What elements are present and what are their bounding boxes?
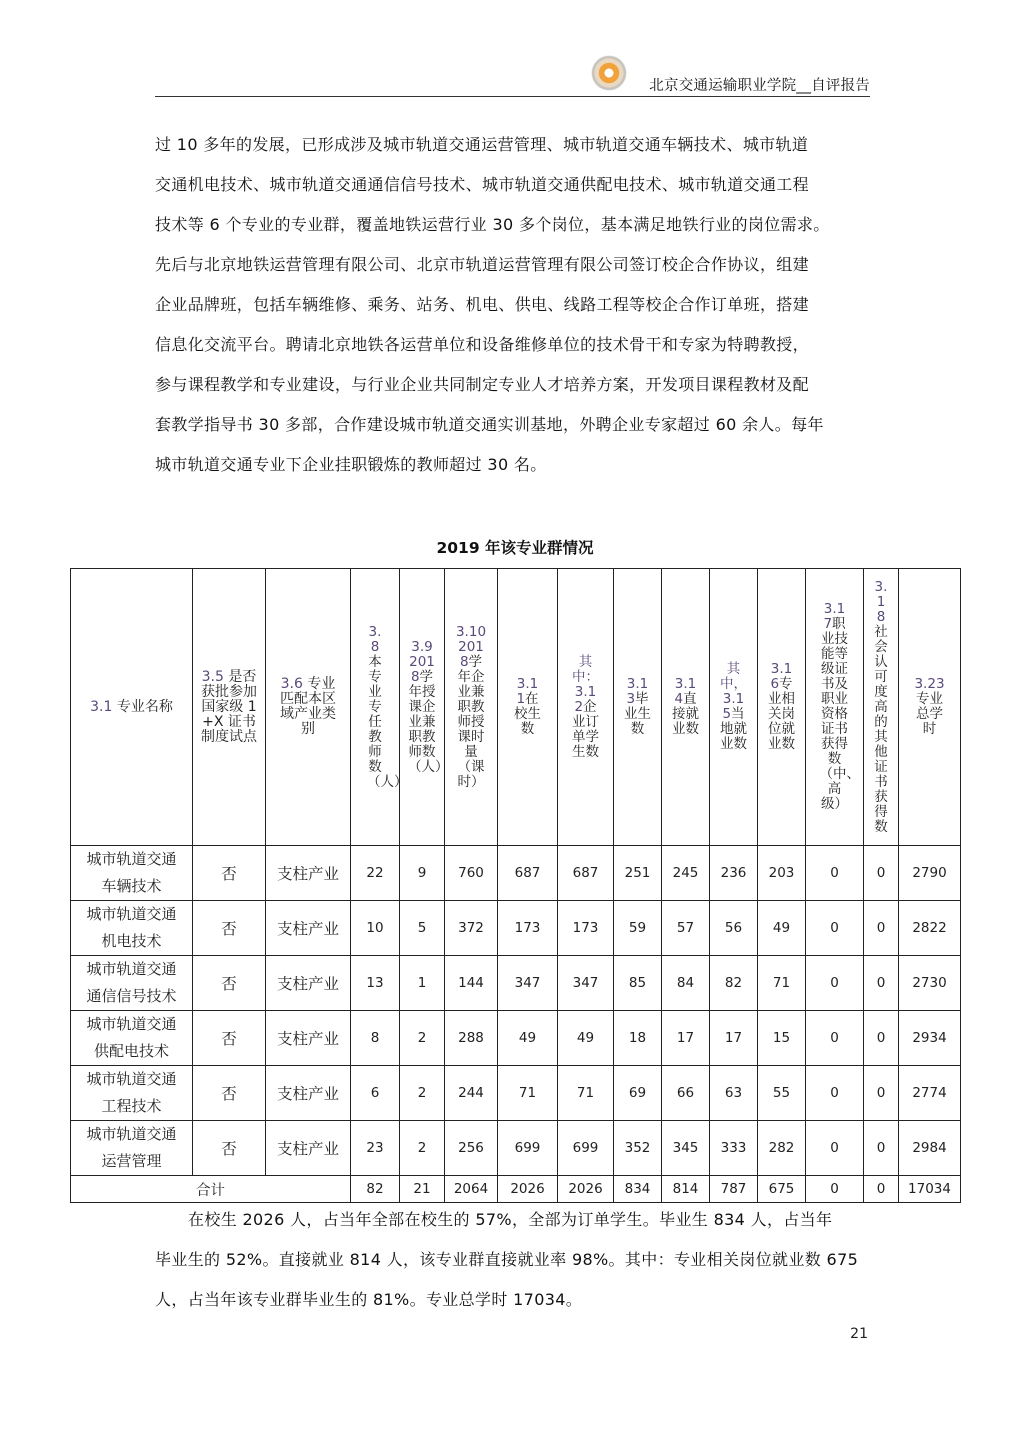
value-cell: 71: [558, 1066, 614, 1121]
value-cell: 84: [662, 956, 710, 1011]
text-line: 套教学指导书 30 多部，合作建设城市轨道交通实训基地，外聘企业专家超过 60 …: [155, 405, 870, 445]
value-cell: 245: [662, 846, 710, 901]
total-value-cell: 814: [662, 1176, 710, 1203]
value-cell: 699: [558, 1121, 614, 1176]
total-label-cell: 合计: [71, 1176, 351, 1203]
column-header: 其中：3.12企业订单学生数: [558, 569, 614, 846]
pilot-cell: 否: [193, 1066, 266, 1121]
value-cell: 236: [710, 846, 758, 901]
intro-paragraph: 过 10 多年的发展，已形成涉及城市轨道交通运营管理、城市轨道交通车辆技术、城市…: [155, 125, 870, 485]
value-cell: 5: [400, 901, 445, 956]
value-cell: 0: [864, 1121, 899, 1176]
total-value-cell: 2026: [558, 1176, 614, 1203]
value-cell: 282: [758, 1121, 806, 1176]
value-cell: 372: [445, 901, 498, 956]
value-cell: 687: [558, 846, 614, 901]
value-cell: 56: [710, 901, 758, 956]
value-cell: 0: [864, 901, 899, 956]
value-cell: 0: [864, 1011, 899, 1066]
value-cell: 760: [445, 846, 498, 901]
value-cell: 203: [758, 846, 806, 901]
value-cell: 63: [710, 1066, 758, 1121]
column-header: 3.9 2018学年授课企业兼职教师数（人）: [400, 569, 445, 846]
value-cell: 288: [445, 1011, 498, 1066]
text-line: 过 10 多年的发展，已形成涉及城市轨道交通运营管理、城市轨道交通车辆技术、城市…: [155, 125, 870, 165]
column-header: 3.17职业技能等级证书及职业资格证书获得数（中、高级）: [806, 569, 864, 846]
value-cell: 10: [351, 901, 400, 956]
specialty-group-table: 3.1 专业名称 3.5 是否获批参加国家级 1+X 证书制度试点 3.6 专业…: [70, 568, 961, 1203]
specialty-name-cell: 城市轨道交通通信信号技术: [71, 956, 193, 1011]
value-cell: 0: [806, 1121, 864, 1176]
total-value-cell: 834: [614, 1176, 662, 1203]
value-cell: 49: [558, 1011, 614, 1066]
value-cell: 2822: [899, 901, 961, 956]
value-cell: 0: [806, 956, 864, 1011]
summary-paragraph: 在校生 2026 人，占当年全部在校生的 57%，全部为订单学生。毕业生 834…: [155, 1200, 870, 1320]
value-cell: 66: [662, 1066, 710, 1121]
industry-cell: 支柱产业: [266, 1121, 351, 1176]
value-cell: 49: [498, 1011, 558, 1066]
pilot-cell: 否: [193, 1011, 266, 1066]
column-header: 3.11在校生数: [498, 569, 558, 846]
total-value-cell: 787: [710, 1176, 758, 1203]
value-cell: 85: [614, 956, 662, 1011]
text-line: 企业品牌班，包括车辆维修、乘务、站务、机电、供电、线路工程等校企合作订单班，搭建: [155, 285, 870, 325]
value-cell: 71: [758, 956, 806, 1011]
value-cell: 2790: [899, 846, 961, 901]
pilot-cell: 否: [193, 846, 266, 901]
industry-cell: 支柱产业: [266, 1011, 351, 1066]
value-cell: 173: [498, 901, 558, 956]
table-row: 城市轨道交通工程技术 否 支柱产业 6 2 244 71 71 69 66 63…: [71, 1066, 961, 1121]
text-line: 先后与北京地铁运营管理有限公司、北京市轨道运营管理有限公司签订校企合作协议，组建: [155, 245, 870, 285]
value-cell: 0: [806, 1066, 864, 1121]
table-row: 城市轨道交通通信信号技术 否 支柱产业 13 1 144 347 347 85 …: [71, 956, 961, 1011]
value-cell: 8: [351, 1011, 400, 1066]
school-emblem-icon: [592, 56, 626, 90]
text-line: 信息化交流平台。聘请北京地铁各运营单位和设备维修单位的技术骨干和专家为特聘教授，: [155, 325, 870, 365]
value-cell: 2730: [899, 956, 961, 1011]
total-value-cell: 2026: [498, 1176, 558, 1203]
text-line: 人，占当年该专业群毕业生的 81%。专业总学时 17034。: [155, 1280, 870, 1320]
pilot-cell: 否: [193, 901, 266, 956]
value-cell: 0: [864, 1066, 899, 1121]
value-cell: 2: [400, 1011, 445, 1066]
column-header: 3.16专业相关岗位就业数: [758, 569, 806, 846]
value-cell: 13: [351, 956, 400, 1011]
value-cell: 69: [614, 1066, 662, 1121]
value-cell: 244: [445, 1066, 498, 1121]
value-cell: 2: [400, 1066, 445, 1121]
value-cell: 17: [710, 1011, 758, 1066]
text-line: 参与课程教学和专业建设，与行业企业共同制定专业人才培养方案，开发项目课程教材及配: [155, 365, 870, 405]
table-row: 城市轨道交通机电技术 否 支柱产业 10 5 372 173 173 59 57…: [71, 901, 961, 956]
column-header: 3.6 专业匹配本区域产业类别: [266, 569, 351, 846]
value-cell: 59: [614, 901, 662, 956]
value-cell: 1: [400, 956, 445, 1011]
specialty-name-cell: 城市轨道交通运营管理: [71, 1121, 193, 1176]
value-cell: 22: [351, 846, 400, 901]
value-cell: 0: [806, 846, 864, 901]
specialty-name-cell: 城市轨道交通机电技术: [71, 901, 193, 956]
value-cell: 2934: [899, 1011, 961, 1066]
value-cell: 0: [806, 1011, 864, 1066]
text-line: 毕业生的 52%。直接就业 814 人，该专业群直接就业率 98%。其中：专业相…: [155, 1240, 870, 1280]
value-cell: 2: [400, 1121, 445, 1176]
total-value-cell: 21: [400, 1176, 445, 1203]
total-value-cell: 82: [351, 1176, 400, 1203]
text-line: 交通机电技术、城市轨道交通通信信号技术、城市轨道交通供配电技术、城市轨道交通工程: [155, 165, 870, 205]
value-cell: 9: [400, 846, 445, 901]
value-cell: 0: [864, 956, 899, 1011]
column-header: 3.13毕业生数: [614, 569, 662, 846]
value-cell: 0: [864, 846, 899, 901]
value-cell: 49: [758, 901, 806, 956]
value-cell: 18: [614, 1011, 662, 1066]
page-number: 21: [820, 1326, 868, 1342]
value-cell: 347: [498, 956, 558, 1011]
column-header: 3.1 专业名称: [71, 569, 193, 846]
value-cell: 15: [758, 1011, 806, 1066]
specialty-name-cell: 城市轨道交通供配电技术: [71, 1011, 193, 1066]
value-cell: 23: [351, 1121, 400, 1176]
value-cell: 82: [710, 956, 758, 1011]
value-cell: 2774: [899, 1066, 961, 1121]
page-header: 北京交通运输职业学院__自评报告: [155, 52, 870, 97]
value-cell: 687: [498, 846, 558, 901]
table-row: 城市轨道交通运营管理 否 支柱产业 23 2 256 699 699 352 3…: [71, 1121, 961, 1176]
table-header-row: 3.1 专业名称 3.5 是否获批参加国家级 1+X 证书制度试点 3.6 专业…: [71, 569, 961, 846]
table-total-row: 合计 82 21 2064 2026 2026 834 814 787 675 …: [71, 1176, 961, 1203]
total-value-cell: 675: [758, 1176, 806, 1203]
value-cell: 256: [445, 1121, 498, 1176]
value-cell: 251: [614, 846, 662, 901]
text-line: 城市轨道交通专业下企业挂职锻炼的教师超过 30 名。: [155, 445, 870, 485]
column-header: 其中，3.15当地就业数: [710, 569, 758, 846]
specialty-name-cell: 城市轨道交通工程技术: [71, 1066, 193, 1121]
pilot-cell: 否: [193, 1121, 266, 1176]
text-line: 在校生 2026 人，占当年全部在校生的 57%，全部为订单学生。毕业生 834…: [155, 1200, 870, 1240]
pilot-cell: 否: [193, 956, 266, 1011]
column-header: 3.14直接就业数: [662, 569, 710, 846]
column-header: 3.23 专业总学时: [899, 569, 961, 846]
value-cell: 2984: [899, 1121, 961, 1176]
value-cell: 71: [498, 1066, 558, 1121]
table-title: 2019 年该专业群情况: [70, 536, 960, 558]
value-cell: 57: [662, 901, 710, 956]
value-cell: 345: [662, 1121, 710, 1176]
value-cell: 347: [558, 956, 614, 1011]
header-title: 北京交通运输职业学院__自评报告: [649, 74, 870, 95]
column-header: 3.8本专业专任教师数（人）: [351, 569, 400, 846]
value-cell: 55: [758, 1066, 806, 1121]
total-value-cell: 2064: [445, 1176, 498, 1203]
column-header: 3.5 是否获批参加国家级 1+X 证书制度试点: [193, 569, 266, 846]
specialty-name-cell: 城市轨道交通车辆技术: [71, 846, 193, 901]
text-line: 技术等 6 个专业的专业群，覆盖地铁运营行业 30 多个岗位，基本满足地铁行业的…: [155, 205, 870, 245]
value-cell: 173: [558, 901, 614, 956]
value-cell: 699: [498, 1121, 558, 1176]
table-row: 城市轨道交通供配电技术 否 支柱产业 8 2 288 49 49 18 17 1…: [71, 1011, 961, 1066]
value-cell: 333: [710, 1121, 758, 1176]
column-header: 3.18社会认可度高的其他证书获得数: [864, 569, 899, 846]
value-cell: 144: [445, 956, 498, 1011]
value-cell: 0: [806, 901, 864, 956]
column-header: 3.10 2018学年企业兼职教师授课时量（课时）: [445, 569, 498, 846]
value-cell: 17: [662, 1011, 710, 1066]
total-value-cell: 17034: [899, 1176, 961, 1203]
industry-cell: 支柱产业: [266, 846, 351, 901]
total-value-cell: 0: [864, 1176, 899, 1203]
industry-cell: 支柱产业: [266, 956, 351, 1011]
industry-cell: 支柱产业: [266, 1066, 351, 1121]
value-cell: 6: [351, 1066, 400, 1121]
industry-cell: 支柱产业: [266, 901, 351, 956]
value-cell: 352: [614, 1121, 662, 1176]
total-value-cell: 0: [806, 1176, 864, 1203]
table-row: 城市轨道交通车辆技术 否 支柱产业 22 9 760 687 687 251 2…: [71, 846, 961, 901]
